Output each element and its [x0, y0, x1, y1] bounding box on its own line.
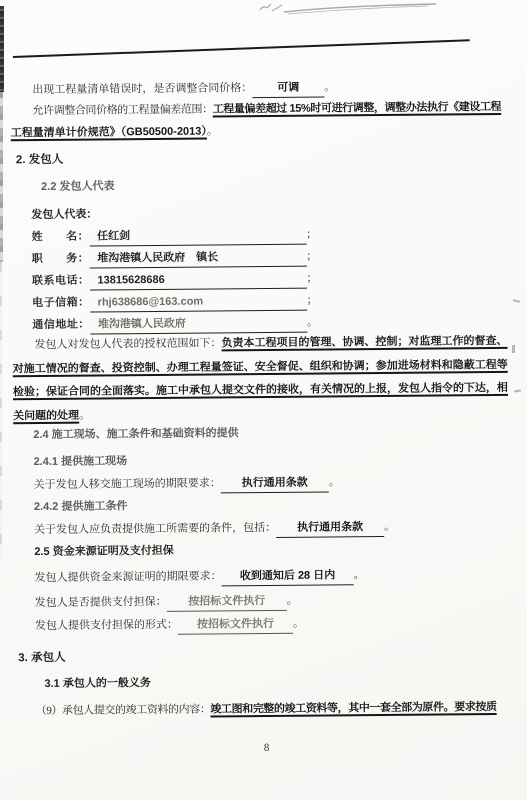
section-2-2-heading: 2.2 发包人代表	[41, 180, 114, 194]
clause-deviation-range-value-1: 工程量偏差超过 15%时可进行调整，调整办法执行《建设工程	[213, 101, 502, 116]
authorization-label: 发包人对发包人代表的授权范围如下：	[34, 337, 221, 351]
clause-deviation-range-cont: 工程量清单计价规范》（GB50500-2013）。	[11, 125, 218, 141]
field-row-title: 职 务：堆沟港镇人民政府 镇长；	[32, 251, 318, 269]
punct: 。	[287, 595, 298, 607]
section-2-heading: 2. 发包人	[16, 153, 63, 168]
punct: 。	[384, 521, 395, 533]
scanned-page: 出现工程量清单错误时，是否调整合同价格：可调。 允许调整合同价格的工程量偏差范围…	[0, 0, 527, 800]
clause-deviation-range-value-2: 工程量清单计价规范》（GB50500-2013）	[11, 126, 207, 140]
section-3-heading: 3. 承包人	[18, 651, 65, 666]
section-3-1-heading: 3.1 承包人的一般义务	[44, 677, 150, 692]
clause-site-conditions-label: 关于发包人应负责提供施工所需要的条件，包括：	[34, 522, 276, 536]
clause-guarantee-form-value: 按招标文件执行	[178, 618, 293, 635]
clause-site-conditions-value: 执行通用条款	[276, 521, 384, 538]
clause-site-handover: 关于发包人移交施工现场的期限要求：执行通用条款。	[34, 476, 340, 494]
punct: 。	[293, 618, 304, 630]
section-2-4-2-heading: 2.4.2 提供施工条件	[34, 500, 128, 515]
clause-completion-docs-value: 竣工图和完整的竣工资料等，其中一套全部为原件。要求按质	[210, 701, 496, 715]
clause-deviation-range-label: 允许调整合同价格的工程量偏差范围：	[32, 103, 212, 117]
clause-site-handover-value: 执行通用条款	[221, 476, 329, 493]
field-row-name: 姓 名：任红剑；	[32, 229, 318, 247]
employer-rep-label: 发包人代表：	[31, 208, 97, 222]
field-value-name: 任红剑	[89, 229, 306, 247]
punct: ；	[306, 273, 317, 285]
clause-price-adjust: 出现工程量清单错误时，是否调整合同价格：可调。	[32, 81, 335, 99]
clause-guarantee-form: 发包人提供支付担保的形式：按招标文件执行。	[35, 618, 304, 636]
clause-price-adjust-value: 可调	[252, 82, 324, 98]
clause-site-conditions: 关于发包人应负责提供施工所需要的条件，包括：执行通用条款。	[34, 521, 395, 540]
punct: ；	[307, 295, 318, 307]
clause-funding-proof-value: 收到通知后 28 日内	[221, 569, 353, 586]
page-number: 8	[3, 740, 527, 757]
clause-deviation-range: 允许调整合同价格的工程量偏差范围：工程量偏差超过 15%时可进行调整，调整办法执…	[32, 101, 501, 119]
punct: 。	[307, 317, 318, 329]
punct: 。	[353, 569, 364, 581]
clause-completion-docs-label: （9）承包人提交的竣工资料的内容：	[36, 704, 211, 718]
punct: 。	[324, 81, 335, 93]
clause-completion-docs: （9）承包人提交的竣工资料的内容：竣工图和完整的竣工资料等，其中一套全部为原件。…	[36, 701, 497, 719]
field-label-phone: 联系电话：	[32, 275, 90, 288]
clause-payment-guarantee-label: 发包人是否提供支付担保：	[35, 596, 167, 609]
field-value-email: rhj638686@163.com	[90, 295, 307, 313]
punct: ；	[306, 229, 317, 241]
clause-price-adjust-label: 出现工程量清单错误时，是否调整合同价格：	[32, 82, 252, 96]
field-label-address: 通信地址：	[32, 319, 90, 332]
field-label-email: 电子信箱：	[32, 297, 90, 310]
clause-site-handover-label: 关于发包人移交施工现场的期限要求：	[34, 477, 221, 491]
field-label-name: 姓 名：	[32, 231, 90, 244]
contract-page-content: 出现工程量清单错误时，是否调整合同价格：可调。 允许调整合同价格的工程量偏差范围…	[0, 0, 527, 800]
field-value-phone: 13815628686	[89, 273, 306, 291]
clause-payment-guarantee: 发包人是否提供支付担保：按招标文件执行。	[35, 595, 298, 613]
field-row-phone: 联系电话：13815628686；	[32, 273, 318, 291]
clause-payment-guarantee-value: 按招标文件执行	[167, 595, 287, 612]
punct: 。	[79, 409, 90, 421]
authorization-paragraph: 发包人对发包人代表的授权范围如下：负责本工程项目的管理、协调、控制；对监理工作的…	[12, 330, 514, 428]
clause-funding-proof: 发包人提供资金来源证明的期限要求：收到通知后 28 日内。	[35, 569, 365, 588]
section-2-4-1-heading: 2.4.1 提供施工现场	[33, 455, 127, 470]
punct: 。	[207, 125, 218, 137]
field-label-title: 职 务：	[32, 253, 90, 266]
section-2-5-heading: 2.5 资金来源证明及支付担保	[34, 545, 173, 560]
punct: 。	[329, 476, 340, 488]
clause-funding-proof-label: 发包人提供资金来源证明的期限要求：	[35, 570, 222, 584]
clause-guarantee-form-label: 发包人提供支付担保的形式：	[35, 619, 178, 632]
field-value-title: 堆沟港镇人民政府 镇长	[89, 251, 306, 269]
section-2-4-heading: 2.4 施工现场、施工条件和基础资料的提供	[33, 427, 238, 443]
punct: ；	[306, 251, 317, 263]
field-row-email: 电子信箱：rhj638686@163.com；	[32, 295, 318, 313]
